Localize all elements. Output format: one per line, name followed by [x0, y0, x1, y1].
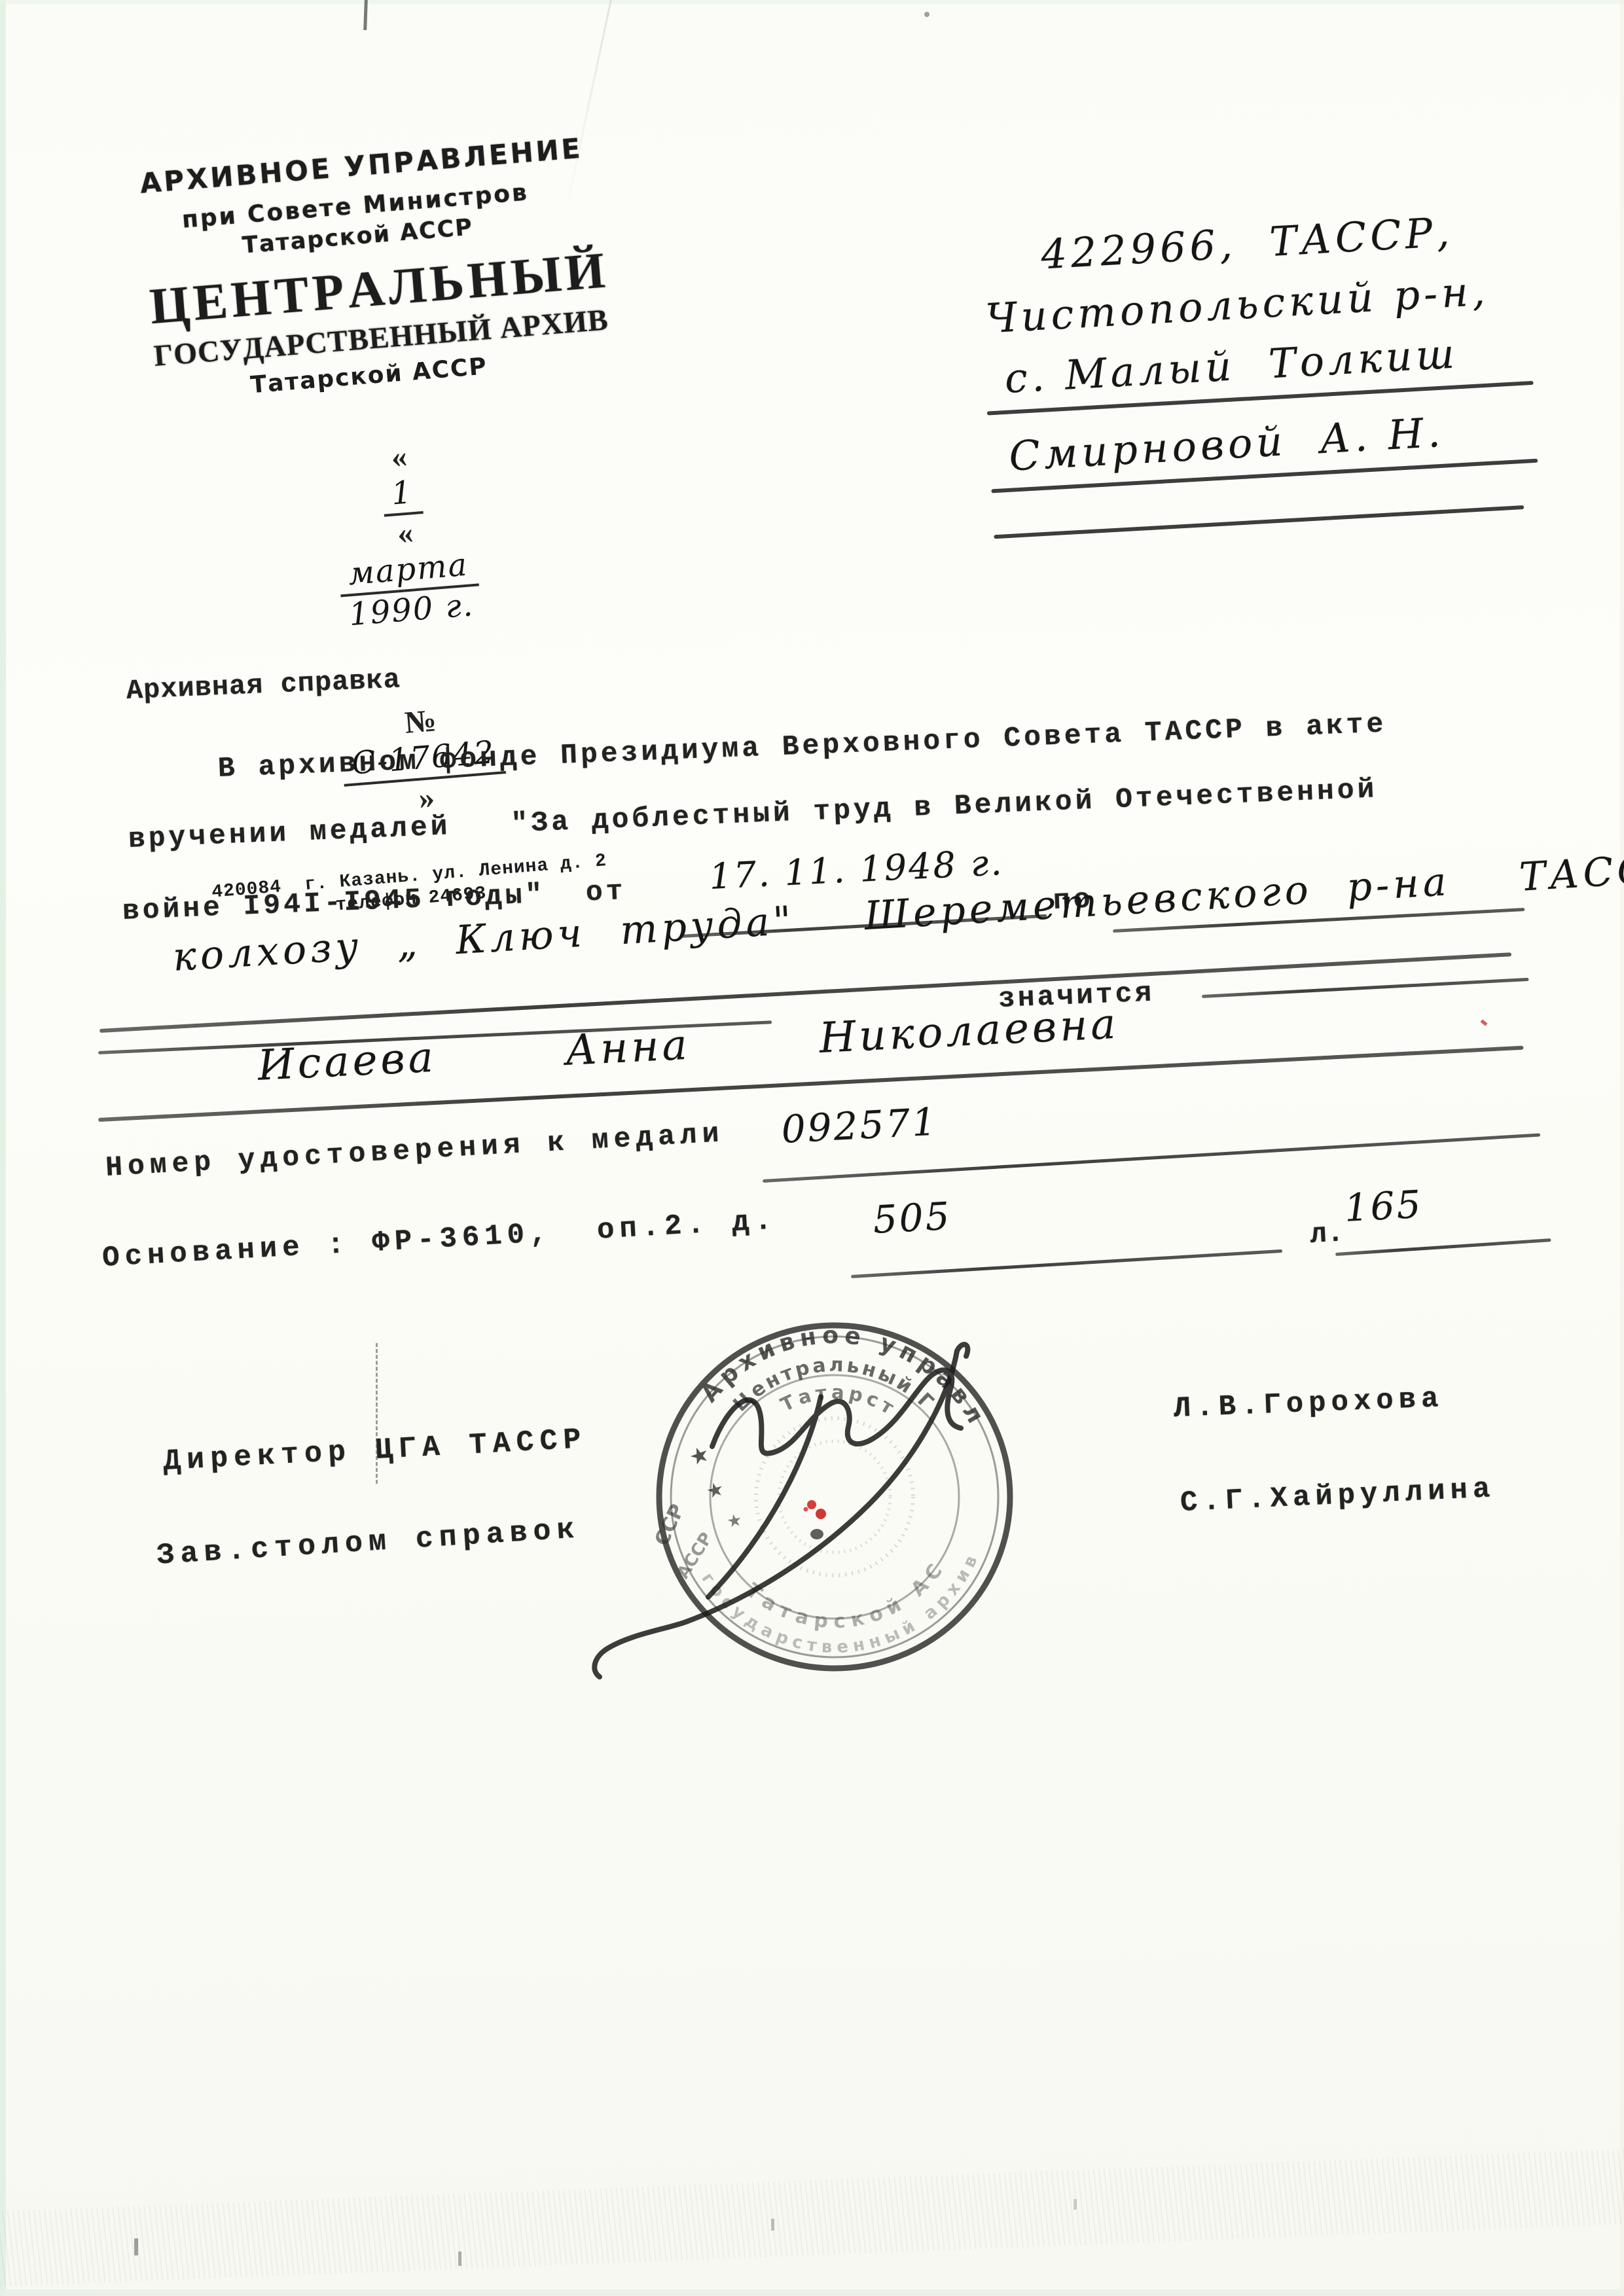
recipient-address-block: 422966, ТАССР, Чистопольский р-н, с. Мал…: [977, 197, 1541, 550]
scan-speck: [924, 12, 929, 17]
number-sign: №: [403, 703, 437, 740]
stamp-date-line: « 1 « марта 1990 г.: [159, 388, 604, 683]
director-title: Директор ЦГА ТАССР: [162, 1423, 588, 1479]
scan-edge-artifact: [0, 2289, 1624, 2296]
scan-speck: [363, 0, 368, 30]
stamp-date-day: 1: [381, 473, 424, 517]
handwritten-file-number: 505: [872, 1194, 952, 1242]
paper-crease: [566, 0, 615, 207]
certificate-number-label: Номер удостоверения к медали: [105, 1117, 725, 1184]
quote-mark: «: [396, 515, 414, 551]
scanned-archival-certificate: АРХИВНОЕ УПРАВЛЕНИЕ при Совете Министров…: [0, 0, 1624, 2296]
round-archive-seal: Архивное управление Центральный Государс…: [556, 1291, 1054, 1723]
seal-star-icon: ★: [725, 1510, 744, 1532]
scan-speck: [771, 2219, 774, 2231]
handwritten-certificate-number: 092571: [780, 1099, 939, 1151]
seal-red-ink-dots: [804, 1500, 827, 1519]
scan-edge-artifact: [1620, 0, 1624, 2296]
seal-star-icon: ★: [704, 1478, 727, 1503]
quote-mark: «: [390, 439, 408, 475]
scan-noise-band: [0, 2146, 1624, 2288]
director-name: Л.В.Горохова: [1173, 1382, 1444, 1426]
ruled-line: [1335, 1238, 1551, 1256]
scan-edge-artifact: [0, 0, 6, 2296]
scan-speck: [458, 2251, 461, 2266]
basis-label: Основание : ФР-3610, оп.2. д.: [101, 1204, 778, 1275]
scan-speck: [1481, 1019, 1488, 1026]
handwritten-sheet-number: 165: [1343, 1182, 1424, 1230]
clerk-title: Зав.столом справок: [156, 1513, 581, 1573]
scan-edge-artifact: [0, 0, 1624, 4]
ink-blot: [810, 1529, 823, 1539]
seal-left-text: ССР: [651, 1501, 690, 1550]
clerk-name: С.Г.Хайруллина: [1180, 1473, 1496, 1520]
scan-speck: [1074, 2199, 1077, 2210]
ruled-line: [851, 1249, 1282, 1278]
ruled-line: [994, 505, 1524, 539]
ruled-line: [1202, 978, 1529, 998]
scan-speck: [134, 2238, 138, 2255]
sheet-label: л.: [1309, 1217, 1344, 1251]
seal-star-icon: ★: [686, 1441, 713, 1471]
